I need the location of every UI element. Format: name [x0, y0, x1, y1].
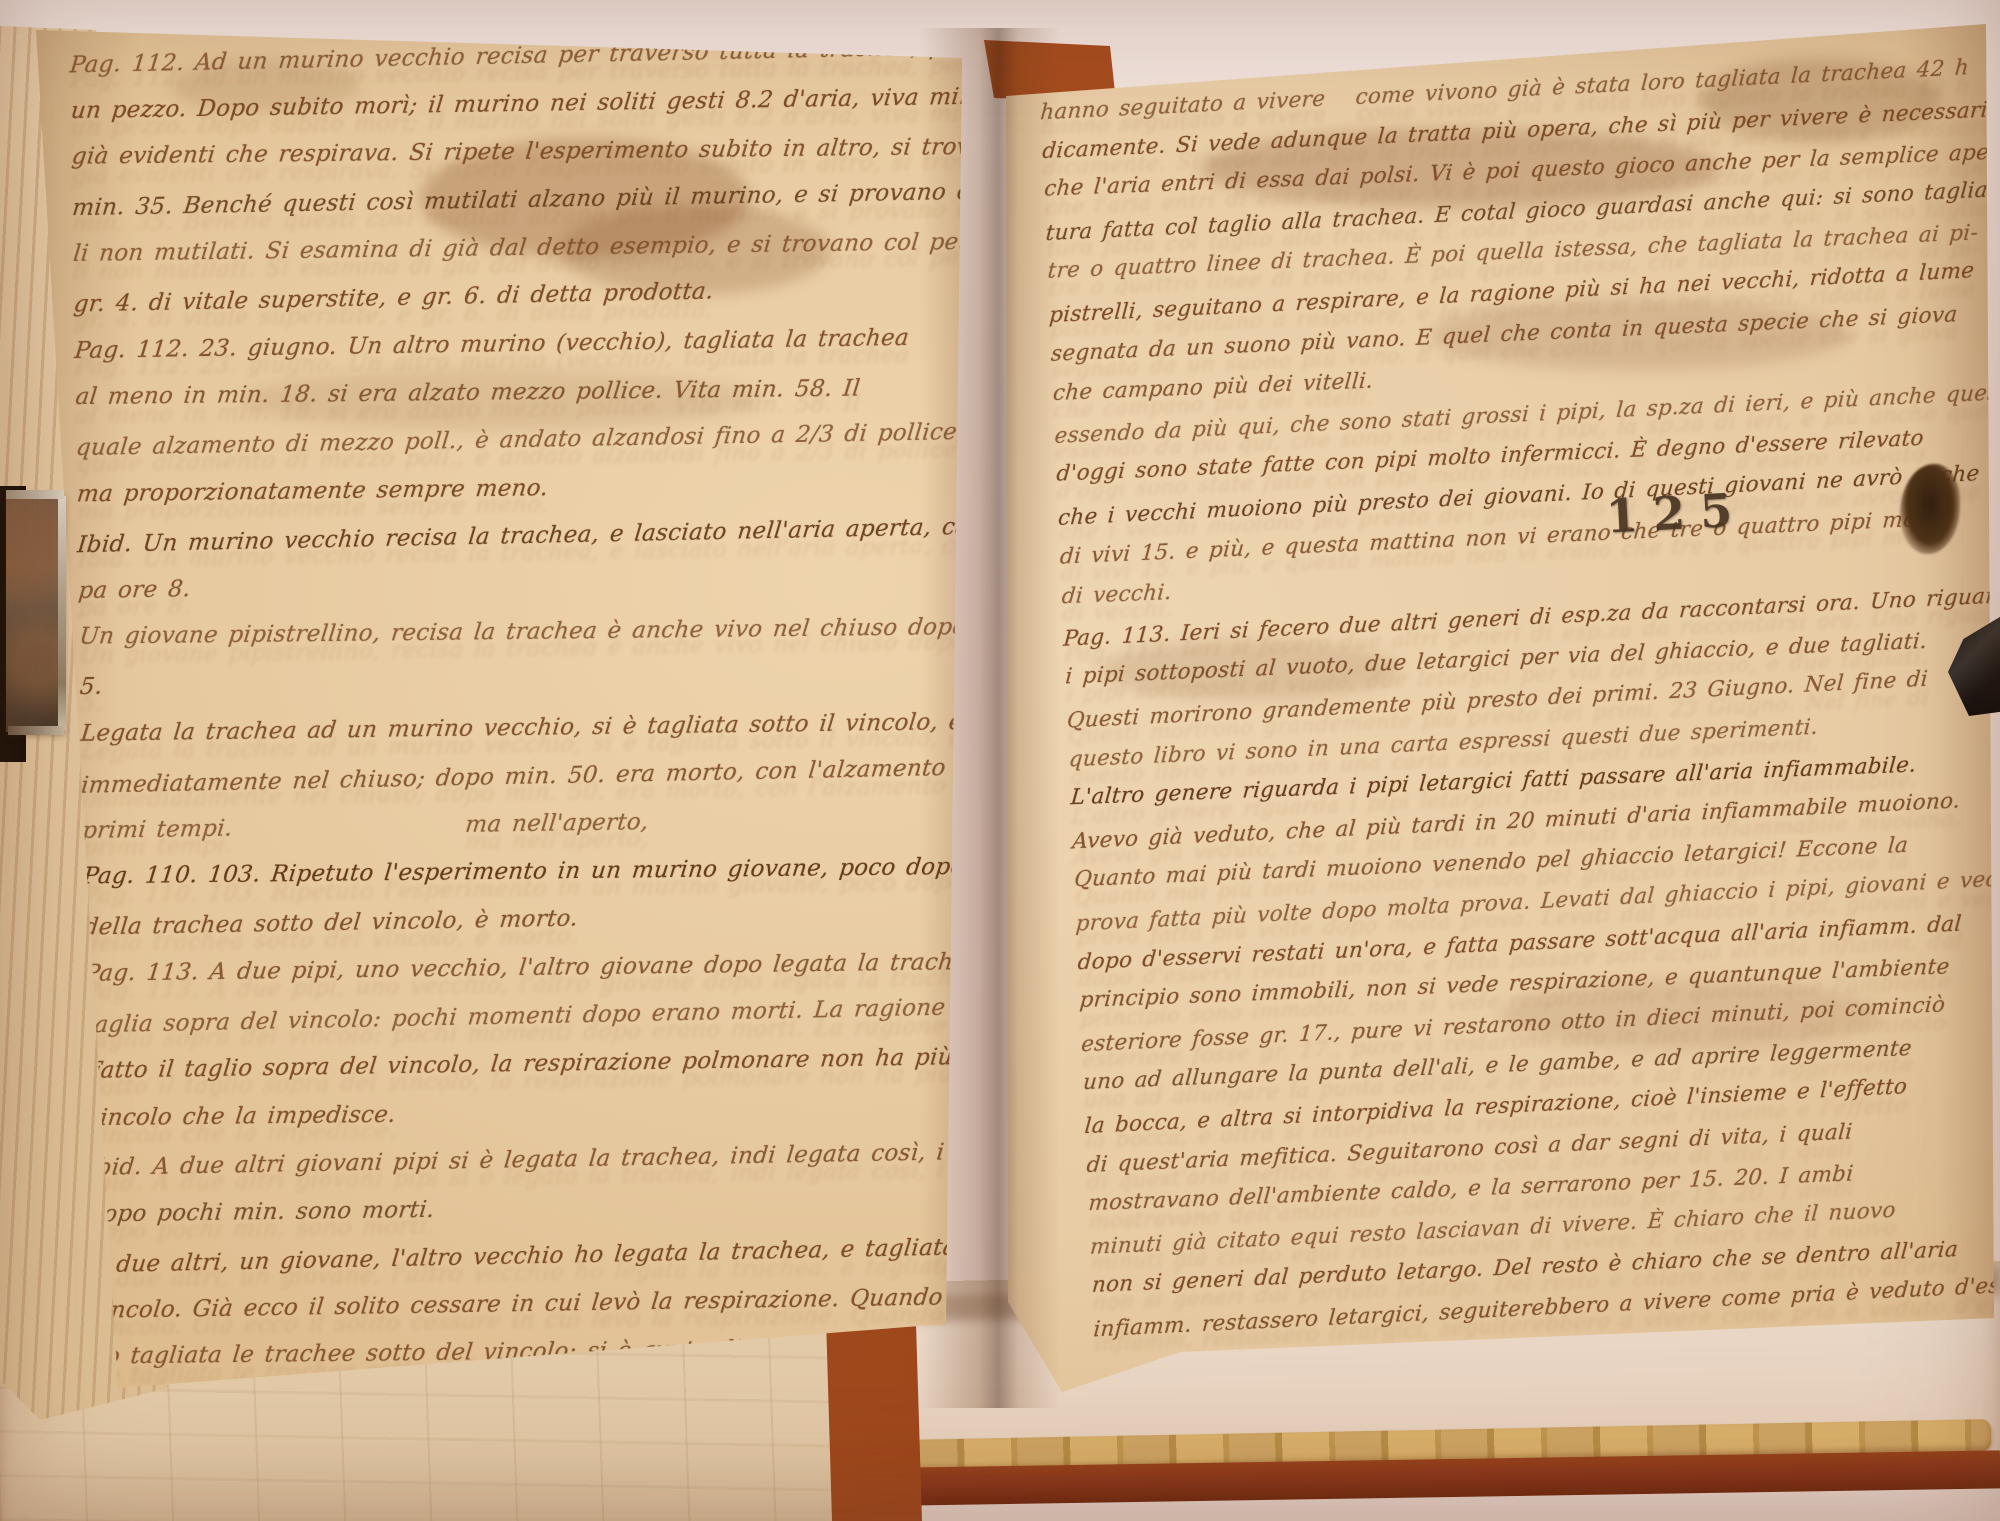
manuscript-line: vincolo che la impedisce.: [85, 1102, 397, 1131]
right-page-lines: hanno seguitato a vivere come vivono già…: [1040, 56, 2000, 1387]
metal-clasp-bevel: [58, 496, 66, 730]
manuscript-line: pa ore 8.: [77, 576, 192, 604]
left-page-lines: Pag. 112. Ad un murino vecchio recisa pe…: [70, 36, 1001, 1410]
manuscript-line: di vecchi.: [1061, 580, 1173, 609]
manuscript-photo: Pag. 112. Ad un murino vecchio recisa pe…: [0, 0, 2000, 1521]
manuscript-line: dopo pochi min. sono morti.: [87, 1197, 436, 1228]
page-number-stamp: 125: [1605, 482, 1749, 543]
metal-clasp-left: [6, 494, 62, 732]
metal-clasp-cap: [6, 490, 64, 499]
metal-clasp-cap: [8, 726, 64, 735]
manuscript-line: 5.: [79, 674, 104, 700]
